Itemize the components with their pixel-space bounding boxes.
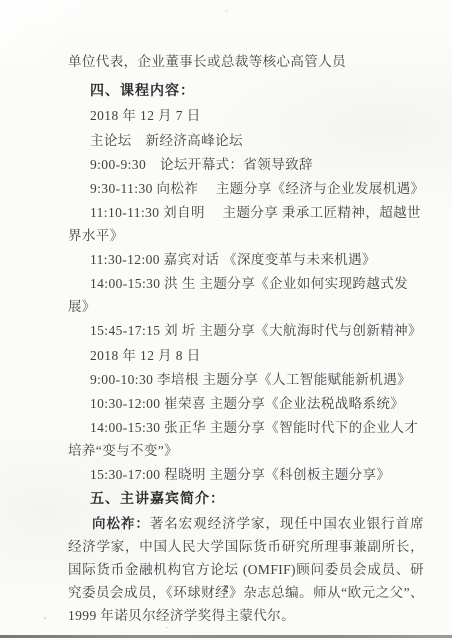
schedule-line: 9:30-11:30 向松祚 主题分享《经济与企业发展机遇》 bbox=[68, 177, 424, 200]
schedule-line: 10:30-12:00 崔荣喜 主题分享《企业法税战略系统》 bbox=[68, 392, 424, 415]
schedule-line: 14:00-15:30 洪 生 主题分享《企业如何实现跨越式发展》 bbox=[68, 272, 424, 318]
paper-speck bbox=[166, 627, 168, 628]
speaker-name: 向松祚： bbox=[92, 516, 150, 531]
schedule-line: 15:45-17:15 刘 圻 主题分享《大航海时代与创新精神》 bbox=[68, 319, 424, 342]
scan-bottom-edge bbox=[0, 635, 452, 638]
speaker-bio-paragraph: 向松祚：著名宏观经济学家，现任中国农业银行首席经济学家，中国人民大学国际货币研究… bbox=[68, 512, 424, 627]
scanned-page: 单位代表，企业董事长或总裁等核心高管人员 四、课程内容： 2018 年 12 月… bbox=[0, 0, 452, 640]
paper-speck bbox=[330, 528, 332, 531]
schedule-line: 15:30-17:00 程晓明 主题分享《科创板主题分享》 bbox=[68, 463, 424, 486]
day2-date: 2018 年 12 月 8 日 bbox=[90, 344, 452, 367]
paper-speck bbox=[225, 10, 228, 12]
schedule-line: 9:00-10:30 李培根 主题分享《人工智能赋能新机遇》 bbox=[68, 368, 424, 391]
paper-speck bbox=[44, 617, 46, 619]
document-body: 单位代表，企业董事长或总裁等核心高管人员 四、课程内容： 2018 年 12 月… bbox=[0, 50, 452, 627]
section-heading-course-content: 四、课程内容： bbox=[90, 79, 452, 102]
schedule-line: 14:00-15:30 张正华 主题分享《智能时代下的企业人才培养“变与不变”》 bbox=[68, 416, 424, 462]
day1-forum-title: 主论坛 新经济高峰论坛 bbox=[90, 129, 452, 152]
page-number: 2 bbox=[0, 583, 452, 595]
speaker-bio-text: 著名宏观经济学家，现任中国农业银行首席经济学家，中国人民大学国际货币研究所理事兼… bbox=[68, 516, 424, 623]
schedule-line: 11:10-11:30 刘自明 主题分享 秉承工匠精神，超越世界水平》 bbox=[68, 201, 424, 247]
intro-line: 单位代表，企业董事长或总裁等核心高管人员 bbox=[68, 50, 428, 73]
schedule-line: 11:30-12:00 嘉宾对话 《深度变革与未来机遇》 bbox=[68, 248, 424, 271]
day1-date: 2018 年 12 月 7 日 bbox=[90, 104, 452, 127]
section-heading-speaker-intro: 五、主讲嘉宾简介： bbox=[90, 487, 452, 510]
schedule-line: 9:00-9:30 论坛开幕式：省领导致辞 bbox=[68, 153, 424, 176]
